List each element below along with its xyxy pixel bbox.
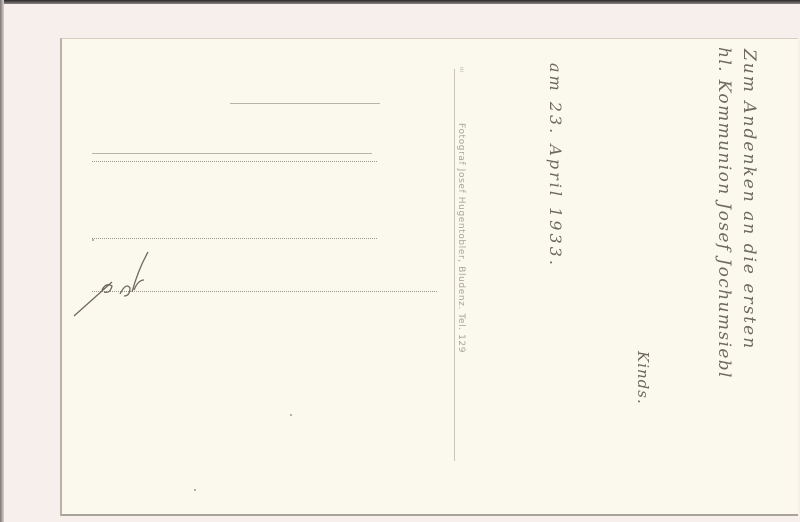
postcard: ııı Fotograf Josef Hugentobler, Bludenz.… <box>60 38 798 516</box>
center-divider <box>454 69 455 461</box>
handwriting-line-2: hl. Kommunion Josef Jochumsiebl <box>714 47 734 379</box>
address-line-2-dotted <box>92 161 377 162</box>
speck <box>92 239 94 241</box>
photographer-imprint: Fotograf Josef Hugentobler, Bludenz. Tel… <box>456 123 466 353</box>
imprint-mark: ııı <box>458 67 465 72</box>
handwriting-date: am 23. April 1933. <box>546 63 565 268</box>
address-line-2 <box>92 153 372 154</box>
speck <box>290 414 292 416</box>
scanner-edge-top <box>0 0 800 4</box>
signature-scribble <box>72 244 162 319</box>
handwriting-signoff: Kinds. <box>634 351 652 405</box>
address-line-3 <box>92 238 377 239</box>
handwriting-line-1: Zum Andenken an die ersten <box>739 49 759 350</box>
speck <box>194 489 196 491</box>
address-line-1 <box>230 103 380 104</box>
scanner-edge-left <box>0 0 4 522</box>
